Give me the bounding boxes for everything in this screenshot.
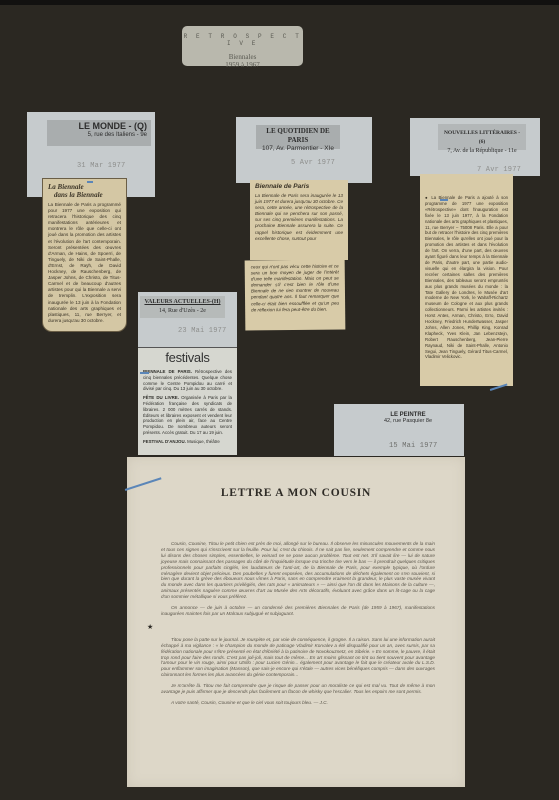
festival-item: FESTIVAL D'ANJOU. Musique, théâtre [143, 439, 232, 445]
section-title: festivals [143, 350, 232, 366]
masthead: LE PEINTRE 42, rue Pasquier 8e [384, 412, 432, 424]
label-title: R E T R O S P E C T I V E [182, 33, 303, 47]
clipping-mount-valeurs-actuelles: VALEURS ACTUELLES-(H) 14, Rue d'Uzès - 2… [138, 292, 237, 347]
clipping-headline: Biennale de Paris [255, 183, 343, 190]
letter-title: LETTRE A MON COUSIN [127, 487, 465, 499]
masthead-name: LE MONDE - (Q) [51, 122, 147, 131]
masthead: LE MONDE - (Q) 5, rue des Italiens - 9e [47, 120, 151, 146]
clipping-body: ● La Biennale de Paris a ajouté à son pr… [425, 195, 508, 360]
festival-item: FÊTE DU LIVRE. Organisée à Paris par la … [143, 395, 232, 436]
masthead: NOUVELLES LITTÉRAIRES - (6) 7, Av. de la… [438, 124, 526, 150]
clipping-mount-nouvelles-litteraires: NOUVELLES LITTÉRAIRES - (6) 7, Av. de la… [410, 118, 540, 176]
clipping-valeurs-actuelles: festivals BIENNALE DE PARIS. Rétrospecti… [138, 347, 237, 455]
masthead-address: 7, Av. de la République - 11e [442, 147, 522, 155]
letter-body: Cousin, Cousine, Titou le petit chien es… [161, 541, 435, 711]
masthead-address: 14, Rue d'Uzès - 2e [144, 307, 221, 315]
clipping-body: La Biennale de Paris a programmé pour 19… [48, 202, 121, 324]
date-stamp: 5 Avr 1977 [291, 159, 335, 167]
clipping-le-quotidien-part1: Biennale de Paris La Biennale de Paris s… [250, 180, 348, 260]
retrospective-label-card: R E T R O S P E C T I V E Biennales 1959… [182, 26, 303, 66]
festival-item: BIENNALE DE PARIS. Rétrospective des cin… [143, 369, 232, 392]
masthead-address: 5, rue des Italiens - 9e [51, 131, 147, 139]
masthead-name: NOUVELLES LITTÉRAIRES - (6) [442, 129, 522, 147]
ink-mark [87, 181, 93, 183]
star-separator-icon: ★ [147, 625, 435, 631]
date-stamp: 15 Mai 1977 [389, 442, 437, 450]
date-stamp: 23 Mai 1977 [178, 327, 226, 335]
masthead: LE QUOTIDIEN DE PARIS 107, Av. Parmentie… [256, 125, 340, 149]
letter-paragraph: Je m'arrête là. Titou me fait comprendre… [161, 683, 435, 695]
clipping-headline: La Biennaledans la Biennale [48, 183, 121, 199]
masthead-name: LE QUOTIDIEN DE PARIS [260, 127, 336, 145]
masthead: VALEURS ACTUELLES-(H) 14, Rue d'Uzès - 2… [140, 296, 225, 318]
clipping-mount-le-quotidien: LE QUOTIDIEN DE PARIS 107, Av. Parmentie… [236, 117, 372, 183]
clipping-nouvelles-litteraires: ● La Biennale de Paris a ajouté à son pr… [420, 174, 513, 386]
letter-signoff: A votre santé, Cousin, Cousine et que le… [161, 700, 435, 706]
label-years: 1959 à 1967 [182, 61, 303, 69]
clipping-le-monde: La Biennaledans la Biennale La Biennale … [42, 178, 127, 332]
clipping-le-quotidien-part2: ceux qui n'ont pas vécu cette histoire e… [245, 259, 346, 330]
masthead-address: 42, rue Pasquier 8e [384, 418, 432, 424]
clipping-body: La Biennale de Paris sera inaugurée le 1… [255, 193, 343, 242]
ink-mark [440, 199, 448, 201]
ink-mark [140, 372, 149, 374]
letter-paragraph: Titou pose la patte sur le journal. Je r… [161, 637, 435, 678]
date-stamp: 31 Mar 1977 [77, 162, 125, 170]
letter-paragraph: Cousin, Cousine, Titou le petit chien es… [161, 541, 435, 600]
letter-paragraph: On annonce — de juin à octobre — un cond… [161, 605, 435, 617]
masthead-name: VALEURS ACTUELLES-(H) [144, 298, 221, 307]
masthead-address: 107, Av. Parmentier - XIe [260, 145, 336, 153]
date-stamp: 7 Avr 1977 [477, 166, 521, 174]
album-top-edge [0, 0, 559, 5]
label-subtitle: Biennales [182, 53, 303, 61]
clipping-mount-le-peintre: LE PEINTRE 42, rue Pasquier 8e 15 Mai 19… [334, 404, 464, 456]
clipping-body: ceux qui n'ont pas vécu cette histoire e… [251, 264, 340, 314]
letter-sheet: LETTRE A MON COUSIN Cousin, Cousine, Tit… [127, 457, 465, 787]
